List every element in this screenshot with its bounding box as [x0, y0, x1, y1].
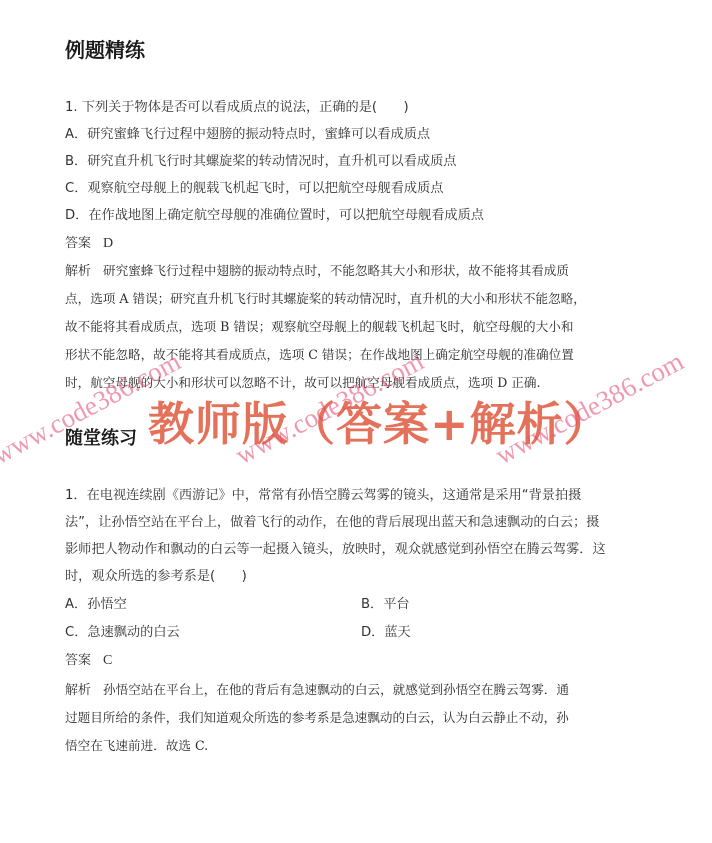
practice-stem-line-4: 时，观众所选的参考系是( ) [65, 568, 247, 586]
option-a: A．研究蜜蜂飞行过程中翅膀的振动特点时，蜜蜂可以看成质点 [65, 126, 430, 144]
answer-label: 答案 [65, 236, 91, 251]
practice-stem-line-1: 1．在电视连续剧《西游记》中，常常有孙悟空腾云驾雾的镜头，这通常是采用“背景拍摄 [65, 487, 581, 505]
analysis-text: 孙悟空站在平台上，在他的背后有急速飘动的白云，就感觉到孙悟空在腾云驾雾．通 [103, 682, 569, 697]
answer-row: 答案D [65, 235, 113, 253]
option-b: B．平台 [361, 596, 410, 614]
practice-options-row-1: A．孙悟空 B．平台 [65, 596, 665, 614]
question-number: 1. [65, 100, 78, 115]
option-text: 观察航空母舰上的舰载飞机起飞时，可以把航空母舰看成质点 [87, 181, 443, 196]
option-d: D．蓝天 [361, 624, 411, 642]
practice-options-row-2: C．急速飘动的白云 D．蓝天 [65, 624, 665, 642]
option-d: D．在作战地图上确定航空母舰的准确位置时，可以把航空母舰看成质点 [65, 207, 484, 225]
section-title-examples: 例题精练 [65, 34, 145, 63]
option-text: 在作战地图上确定航空母舰的准确位置时，可以把航空母舰看成质点 [88, 208, 484, 223]
answer-value: C [103, 653, 112, 668]
question-text: 下列关于物体是否可以看成质点的说法，正确的是( ) [82, 100, 409, 115]
option-text: 研究蜜蜂飞行过程中翅膀的振动特点时，蜜蜂可以看成质点 [87, 127, 430, 142]
option-b: B．研究直升机飞行时其螺旋桨的转动情况时，直升机可以看成质点 [65, 153, 457, 171]
option-key: D． [65, 208, 88, 223]
practice-analysis-line-1: 解析孙悟空站在平台上，在他的背后有急速飘动的白云，就感觉到孙悟空在腾云驾雾．通 [65, 681, 569, 700]
option-key: C． [65, 181, 87, 196]
practice-answer-row: 答案C [65, 652, 112, 670]
option-c: C．急速飘动的白云 [65, 625, 180, 640]
question-stem: 1. 下列关于物体是否可以看成质点的说法，正确的是( ) [65, 99, 409, 117]
practice-stem-line-2: 法”，让孙悟空站在平台上，做着飞行的动作，在他的背后展现出蓝天和急速飘动的白云；… [65, 514, 599, 532]
document-page: 例题精练 1. 下列关于物体是否可以看成质点的说法，正确的是( ) A．研究蜜蜂… [0, 0, 712, 843]
analysis-label: 解析 [65, 683, 91, 698]
option-key: B． [65, 154, 87, 169]
analysis-line-3: 故不能将其看成质点，选项 B 错误；观察航空母舰上的舰载飞机起飞时，航空母舰的大… [65, 318, 573, 336]
practice-analysis-line-3: 悟空在飞速前进．故选 C. [65, 737, 208, 755]
analysis-line-1: 解析研究蜜蜂飞行过程中翅膀的振动特点时，不能忽略其大小和形状，故不能将其看成质 [65, 262, 569, 281]
practice-stem-line-3: 影师把人物动作和飘动的白云等一起摄入镜头，放映时，观众就感觉到孙悟空在腾云驾雾．… [65, 541, 606, 559]
practice-analysis-line-2: 过题目所给的条件，我们知道观众所选的参考系是急速飘动的白云，认为白云静止不动，孙 [65, 709, 569, 727]
analysis-text: 研究蜜蜂飞行过程中翅膀的振动特点时，不能忽略其大小和形状，故不能将其看成质 [103, 263, 569, 278]
analysis-label: 解析 [65, 264, 91, 279]
analysis-line-2: 点，选项 A 错误；研究直升机飞行时其螺旋桨的转动情况时，直升机的大小和形状不能… [65, 290, 586, 308]
option-text: 研究直升机飞行时其螺旋桨的转动情况时，直升机可以看成质点 [87, 154, 456, 169]
option-key: A． [65, 127, 87, 142]
answer-value: D [103, 236, 113, 251]
option-c: C．观察航空母舰上的舰载飞机起飞时，可以把航空母舰看成质点 [65, 180, 443, 198]
option-a: A．孙悟空 [65, 597, 127, 612]
answer-label: 答案 [65, 653, 91, 668]
